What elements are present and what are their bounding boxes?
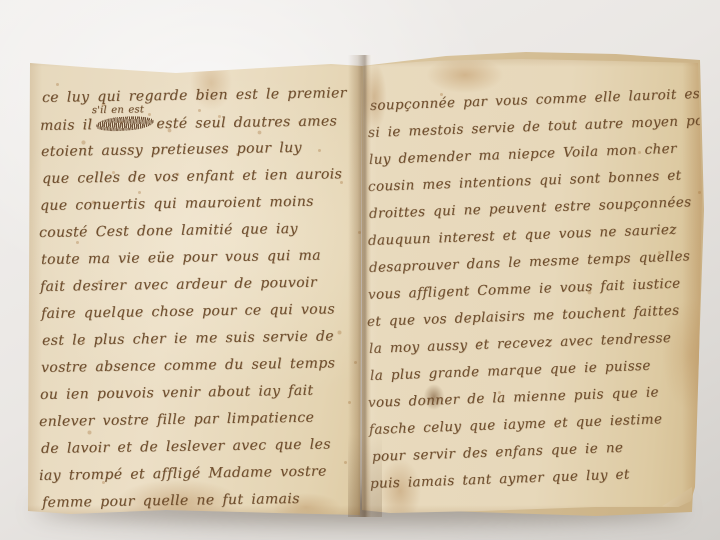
handwritten-line: femme pour quelle ne fut iamais — [42, 492, 300, 510]
handwritten-line: si ie mestois servie de tout autre moyen… — [368, 114, 720, 140]
handwritten-line: fait desirer avec ardeur de pouvoir — [40, 276, 317, 294]
line-text-before-crossout: mais il — [40, 117, 93, 134]
handwritten-line: de lavoir et de leslever avec que les — [41, 437, 331, 456]
handwritten-line: vostre absence comme du seul temps — [41, 356, 335, 375]
ink-scribble-crossout — [95, 115, 154, 133]
handwritten-line: toute ma vie eüe pour vous qui ma — [41, 249, 321, 267]
handwritten-line: que conuertis qui mauroient moins — [40, 195, 314, 213]
handwritten-line: vous donner de la mienne puis que ie — [368, 386, 659, 410]
handwritten-line: soupçonnée par vous comme elle lauroit e… — [370, 87, 715, 113]
handwritten-line: iay trompé et affligé Madame vostre — [39, 464, 327, 483]
handwritten-line: puis iamais tant aymer que luy et — [370, 468, 630, 491]
handwritten-line: enlever vostre fille par limpatience — [39, 411, 314, 429]
photo-background: ce luy qui regarde bien est le premier m… — [0, 0, 720, 540]
handwritten-letter-bifolium: ce luy qui regarde bien est le premier m… — [26, 55, 704, 517]
handwritten-line: cousin mes intentions qui sont bonnes et — [368, 170, 682, 195]
handwritten-line: luy demender ma niepce Voila mon cher — [369, 143, 677, 168]
letter-page-left: ce luy qui regarde bien est le premier m… — [26, 55, 362, 517]
handwritten-line: ce luy qui regarde bien est le premier — [42, 86, 347, 105]
handwritten-line: ou ien pouvois venir about iay fait — [40, 384, 314, 402]
handwritten-line: cousté Cest done lamitié que iay — [39, 222, 298, 240]
handwritten-line: la moy aussy et recevez avec tendresse — [369, 332, 672, 357]
handwritten-line: la plus grande marque que ie puisse — [370, 360, 651, 384]
handwritten-line: que celles de vos enfant et ien aurois — [42, 167, 342, 186]
handwritten-line: droittes qui ne peuvent estre soupçonnée… — [369, 196, 692, 221]
handwritten-line: desaprouver dans le mesme temps quelles — [369, 250, 691, 275]
handwritten-line: dauquun interest et que vous ne sauriez — [368, 224, 677, 249]
handwritten-line: pour servir des enfans que ie ne — [372, 442, 624, 465]
handwritten-line: vous affligent Comme ie vous fait iustic… — [368, 278, 681, 303]
foxing-speckles — [56, 83, 59, 86]
handwritten-line: etoient aussy pretieuses pour luy — [41, 141, 302, 159]
interlinear-insertion: s'il en est — [92, 105, 144, 116]
handwritten-line: est le plus cher ie me suis servie de — [42, 329, 334, 348]
line-text-after-crossout: esté seul dautres ames — [156, 113, 337, 132]
handwritten-line: fasche celuy que iayme et que iestime — [369, 413, 663, 437]
letter-page-right: soupçonnée par vous comme elle lauroit e… — [360, 55, 704, 517]
handwritten-line: mais ilesté seul dautres ames s'il en es… — [40, 113, 337, 133]
handwritten-line: faire quelque chose pour ce qui vous — [41, 302, 335, 321]
handwritten-line: et que vos deplaisirs me touchent faitte… — [367, 305, 680, 330]
